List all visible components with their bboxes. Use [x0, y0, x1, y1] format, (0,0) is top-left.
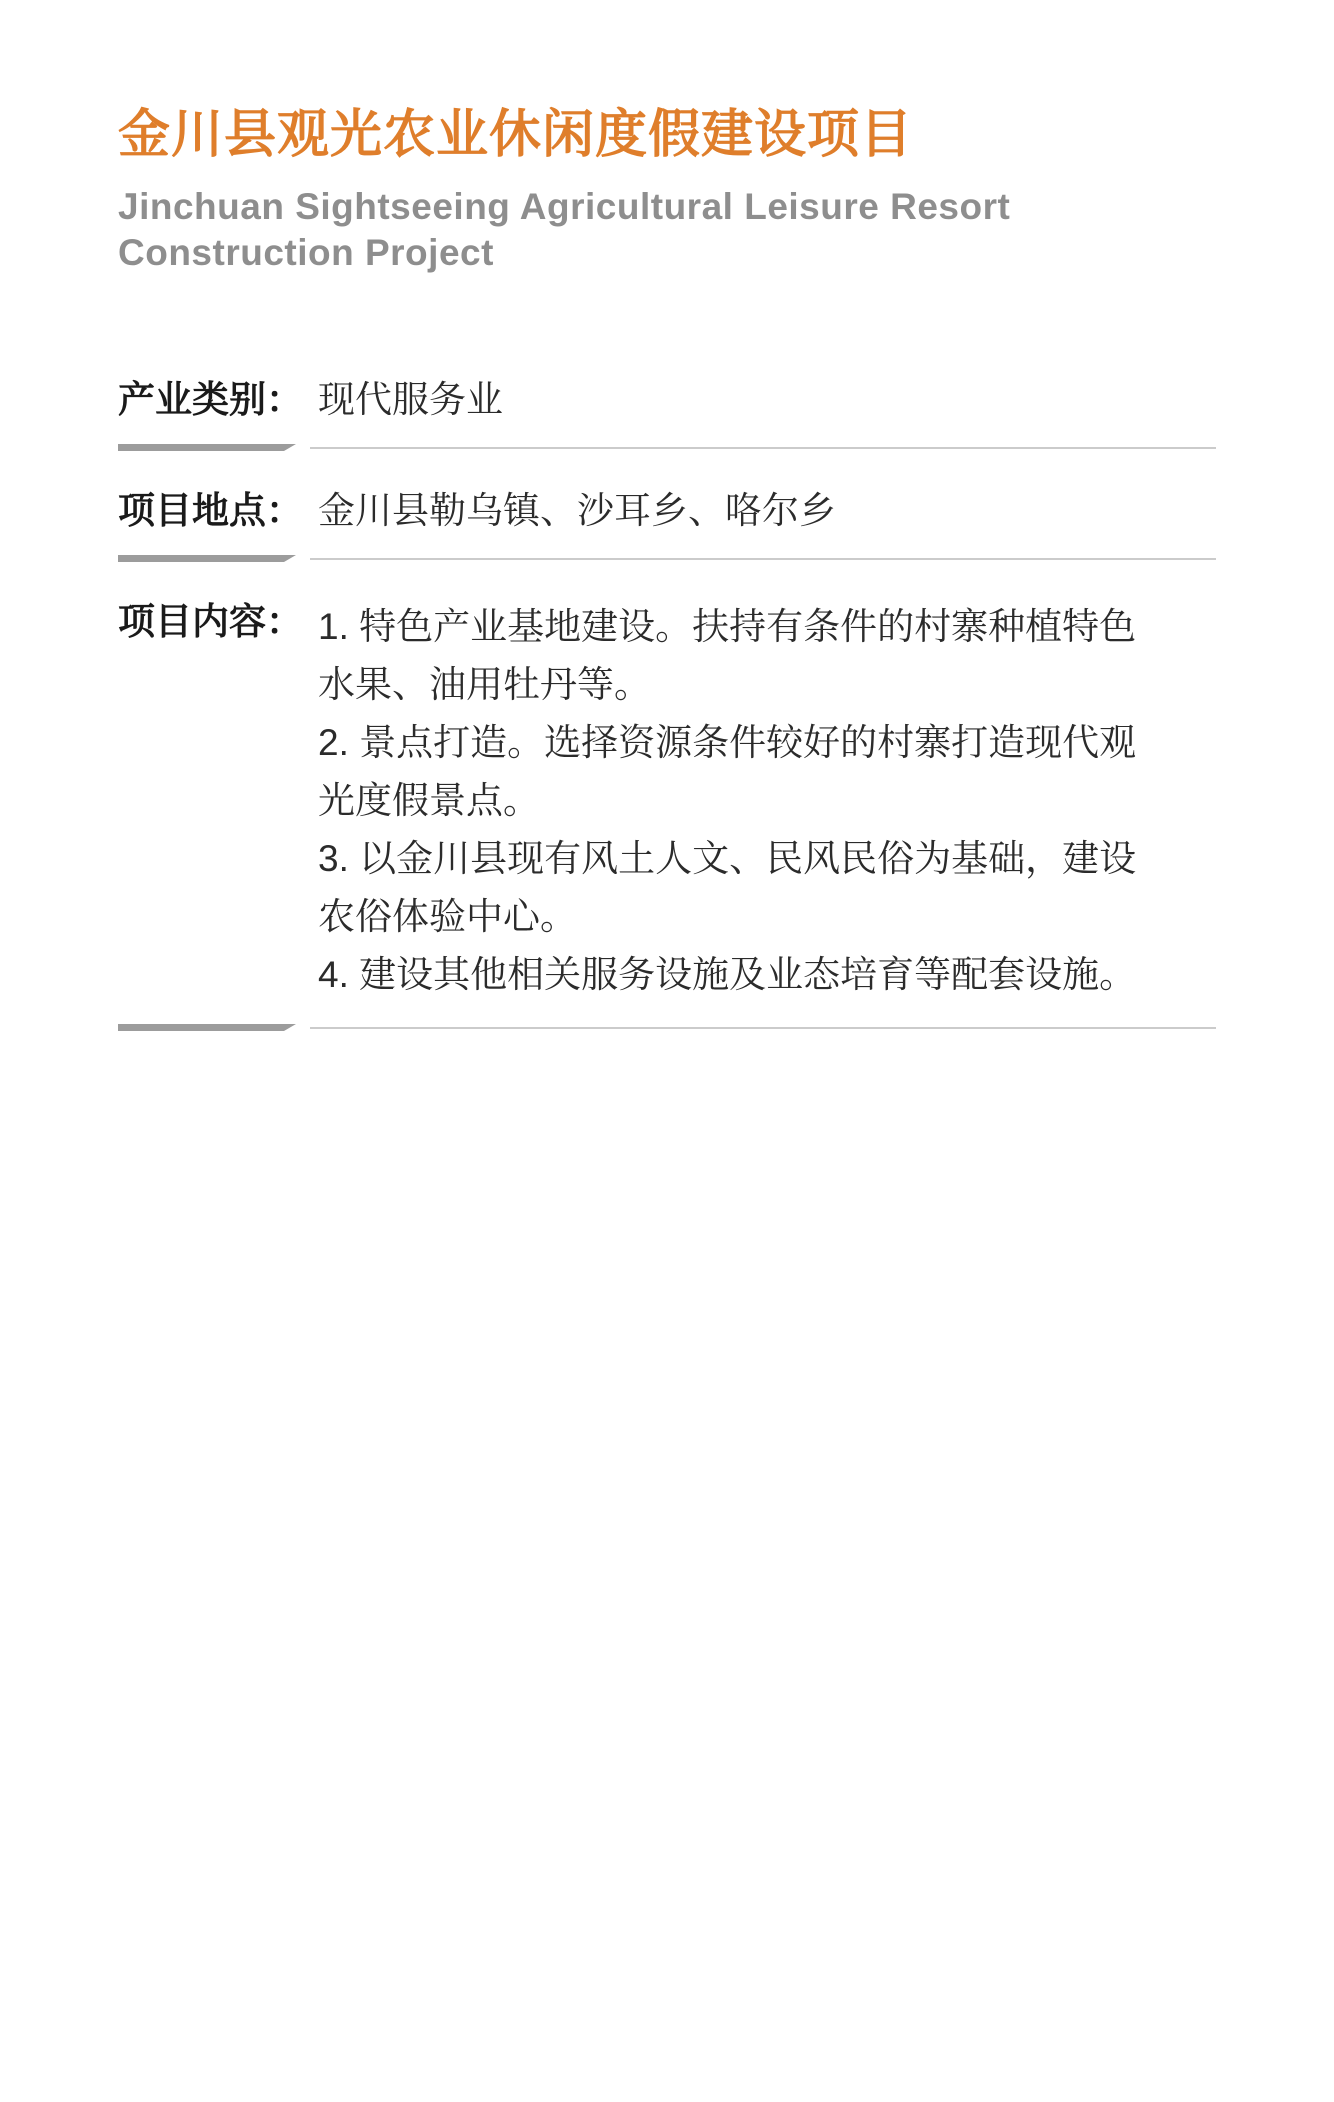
- field-list: 产业类别： 现代服务业 项目地点： 金川县勒乌镇、沙耳乡、咯尔乡 项目内容：: [118, 340, 1216, 1031]
- content-item-1: 1. 特色产业基地建设。扶持有条件的村寨种植特色 水果、油用牡丹等。: [318, 598, 1216, 714]
- divider-line: [310, 1027, 1216, 1029]
- document-page: 金川县观光农业休闲度假建设项目 Jinchuan Sightseeing Agr…: [0, 0, 1334, 2102]
- divider-gap: [296, 558, 310, 560]
- industry-value: 现代服务业: [318, 376, 1216, 424]
- location-label: 项目地点：: [118, 487, 318, 535]
- divider-line: [310, 558, 1216, 560]
- divider-accent-bar: [118, 555, 296, 562]
- content-area: 金川县观光农业休闲度假建设项目 Jinchuan Sightseeing Agr…: [118, 0, 1216, 1031]
- content-item-4: 4. 建设其他相关服务设施及业态培育等配套设施。: [318, 946, 1216, 1004]
- content-line: 2. 景点打造。选择资源条件较好的村寨打造现代观: [318, 714, 1216, 772]
- field-row-industry: 产业类别： 现代服务业: [118, 340, 1216, 444]
- content-line: 3. 以金川县现有风土人文、民风民俗为基础，建设: [318, 830, 1216, 888]
- divider: [118, 1024, 1216, 1031]
- project-title-en-line1: Jinchuan Sightseeing Agricultural Leisur…: [118, 184, 1216, 230]
- content-line: 农俗体验中心。: [318, 888, 1216, 946]
- location-value: 金川县勒乌镇、沙耳乡、咯尔乡: [318, 487, 1216, 535]
- divider-line: [310, 447, 1216, 449]
- content-value: 1. 特色产业基地建设。扶持有条件的村寨种植特色 水果、油用牡丹等。 2. 景点…: [318, 598, 1216, 1004]
- content-line: 1. 特色产业基地建设。扶持有条件的村寨种植特色: [318, 598, 1216, 656]
- content-item-2: 2. 景点打造。选择资源条件较好的村寨打造现代观 光度假景点。: [318, 714, 1216, 830]
- content-line: 光度假景点。: [318, 772, 1216, 830]
- field-row-location: 项目地点： 金川县勒乌镇、沙耳乡、咯尔乡: [118, 451, 1216, 555]
- content-line: 水果、油用牡丹等。: [318, 656, 1216, 714]
- divider-accent-bar: [118, 1024, 296, 1031]
- divider: [118, 555, 1216, 562]
- project-title-en: Jinchuan Sightseeing Agricultural Leisur…: [118, 184, 1216, 276]
- industry-label: 产业类别：: [118, 376, 318, 424]
- content-item-3: 3. 以金川县现有风土人文、民风民俗为基础，建设 农俗体验中心。: [318, 830, 1216, 946]
- project-title-en-line2: Construction Project: [118, 230, 1216, 276]
- field-row-content: 项目内容： 1. 特色产业基地建设。扶持有条件的村寨种植特色 水果、油用牡丹等。…: [118, 562, 1216, 1024]
- divider-gap: [296, 1027, 310, 1029]
- divider-accent-bar: [118, 444, 296, 451]
- content-line: 4. 建设其他相关服务设施及业态培育等配套设施。: [318, 946, 1216, 1004]
- divider-gap: [296, 447, 310, 449]
- content-label: 项目内容：: [118, 598, 318, 646]
- project-title-cn: 金川县观光农业休闲度假建设项目: [118, 104, 1216, 166]
- divider: [118, 444, 1216, 451]
